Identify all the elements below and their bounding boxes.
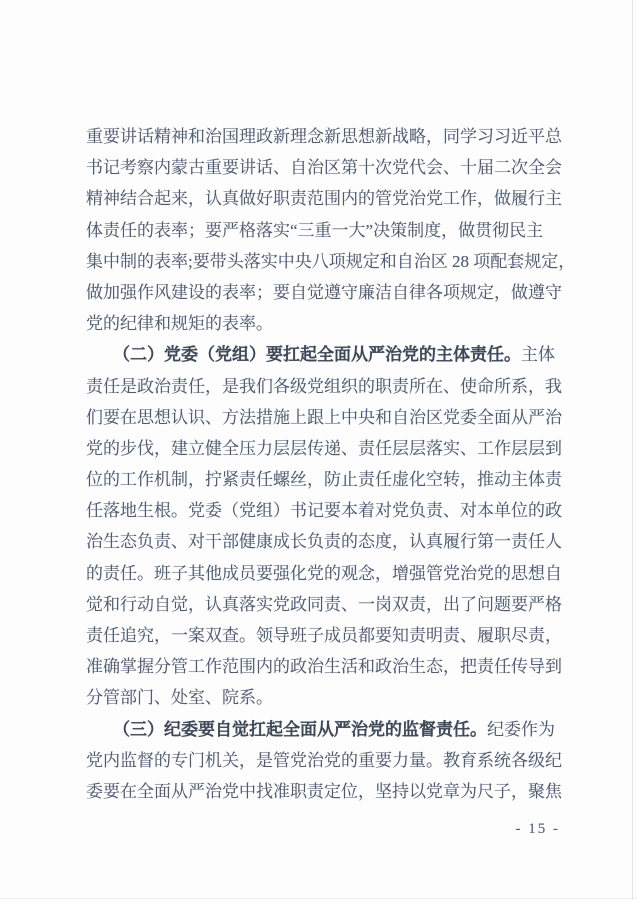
text-line: 党内监督的专门机关，是管党治党的重要力量。教育系统各级纪 [86, 745, 572, 776]
section-heading-2: （二）党委（党组）要扛起全面从严治党的主体责任。主体 [86, 339, 572, 370]
text-line: 的责任。班子其他成员要强化党的观念，增强管党治党的思想自 [86, 558, 572, 589]
text-line: 委要在全面从严治党中找准职责定位，坚持以党章为尺子，聚焦 [86, 776, 572, 807]
text-line: 集中制的表率;要带头落实中央八项规定和自治区 28 项配套规定， [86, 246, 572, 277]
section-heading-2-rest: 主体 [521, 345, 555, 364]
text-line: 书记考察内蒙古重要讲话、自治区第十次党代会、十届二次全会 [86, 152, 572, 183]
scan-edge-artifact [632, 0, 633, 900]
text-line: 们要在思想认识、方法措施上跟上中央和自治区党委全面从严治 [86, 402, 572, 433]
text-line: 治生态负责、对干部健康成长负责的态度，认真履行第一责任人 [86, 526, 572, 557]
text-line: 党的纪律和规矩的表率。 [86, 308, 572, 339]
page-number: - 15 - [516, 819, 561, 839]
document-page: 重要讲话精神和治国理政新理念新思想新战略，同学习习近平总 书记考察内蒙古重要讲话… [0, 0, 637, 900]
text-line: 重要讲话精神和治国理政新理念新思想新战略，同学习习近平总 [86, 121, 572, 152]
text-line: 精神结合起来，认真做好职责范围内的管党治党工作，做履行主 [86, 183, 572, 214]
text-line: 责任追究，一案双查。领导班子成员都要知责明责、履职尽责， [86, 620, 572, 651]
text-line: 分管部门、处室、院系。 [86, 682, 572, 713]
document-body: 重要讲话精神和治国理政新理念新思想新战略，同学习习近平总 书记考察内蒙古重要讲话… [86, 121, 572, 807]
text-line: 党的步伐，建立健全压力层层传递、责任层层落实、工作层层到 [86, 433, 572, 464]
section-heading-2-bold: （二）党委（党组）要扛起全面从严治党的主体责任。 [113, 345, 521, 364]
text-line: 责任是政治责任，是我们各级党组织的职责所在、使命所系，我 [86, 371, 572, 402]
text-line: 做加强作风建设的表率；要自觉遵守廉洁自律各项规定，做遵守 [86, 277, 572, 308]
text-line: 觉和行动自觉，认真落实党政同责、一岗双责，出了问题要严格 [86, 589, 572, 620]
section-heading-3-rest: 纪委作为 [487, 720, 555, 739]
text-line: 体责任的表率；要严格落实“三重一大”决策制度，做贯彻民主 [86, 215, 572, 246]
text-line: 准确掌握分管工作范围内的政治生活和政治生态，把责任传导到 [86, 651, 572, 682]
text-line: 位的工作机制，拧紧责任螺丝，防止责任虚化空转，推动主体责 [86, 464, 572, 495]
section-heading-3-bold: （三）纪委要自觉扛起全面从严治党的监督责任。 [113, 720, 487, 739]
scan-edge-artifact [0, 898, 637, 899]
section-heading-3: （三）纪委要自觉扛起全面从严治党的监督责任。纪委作为 [86, 714, 572, 745]
text-line: 任落地生根。党委（党组）书记要本着对党负责、对本单位的政 [86, 495, 572, 526]
